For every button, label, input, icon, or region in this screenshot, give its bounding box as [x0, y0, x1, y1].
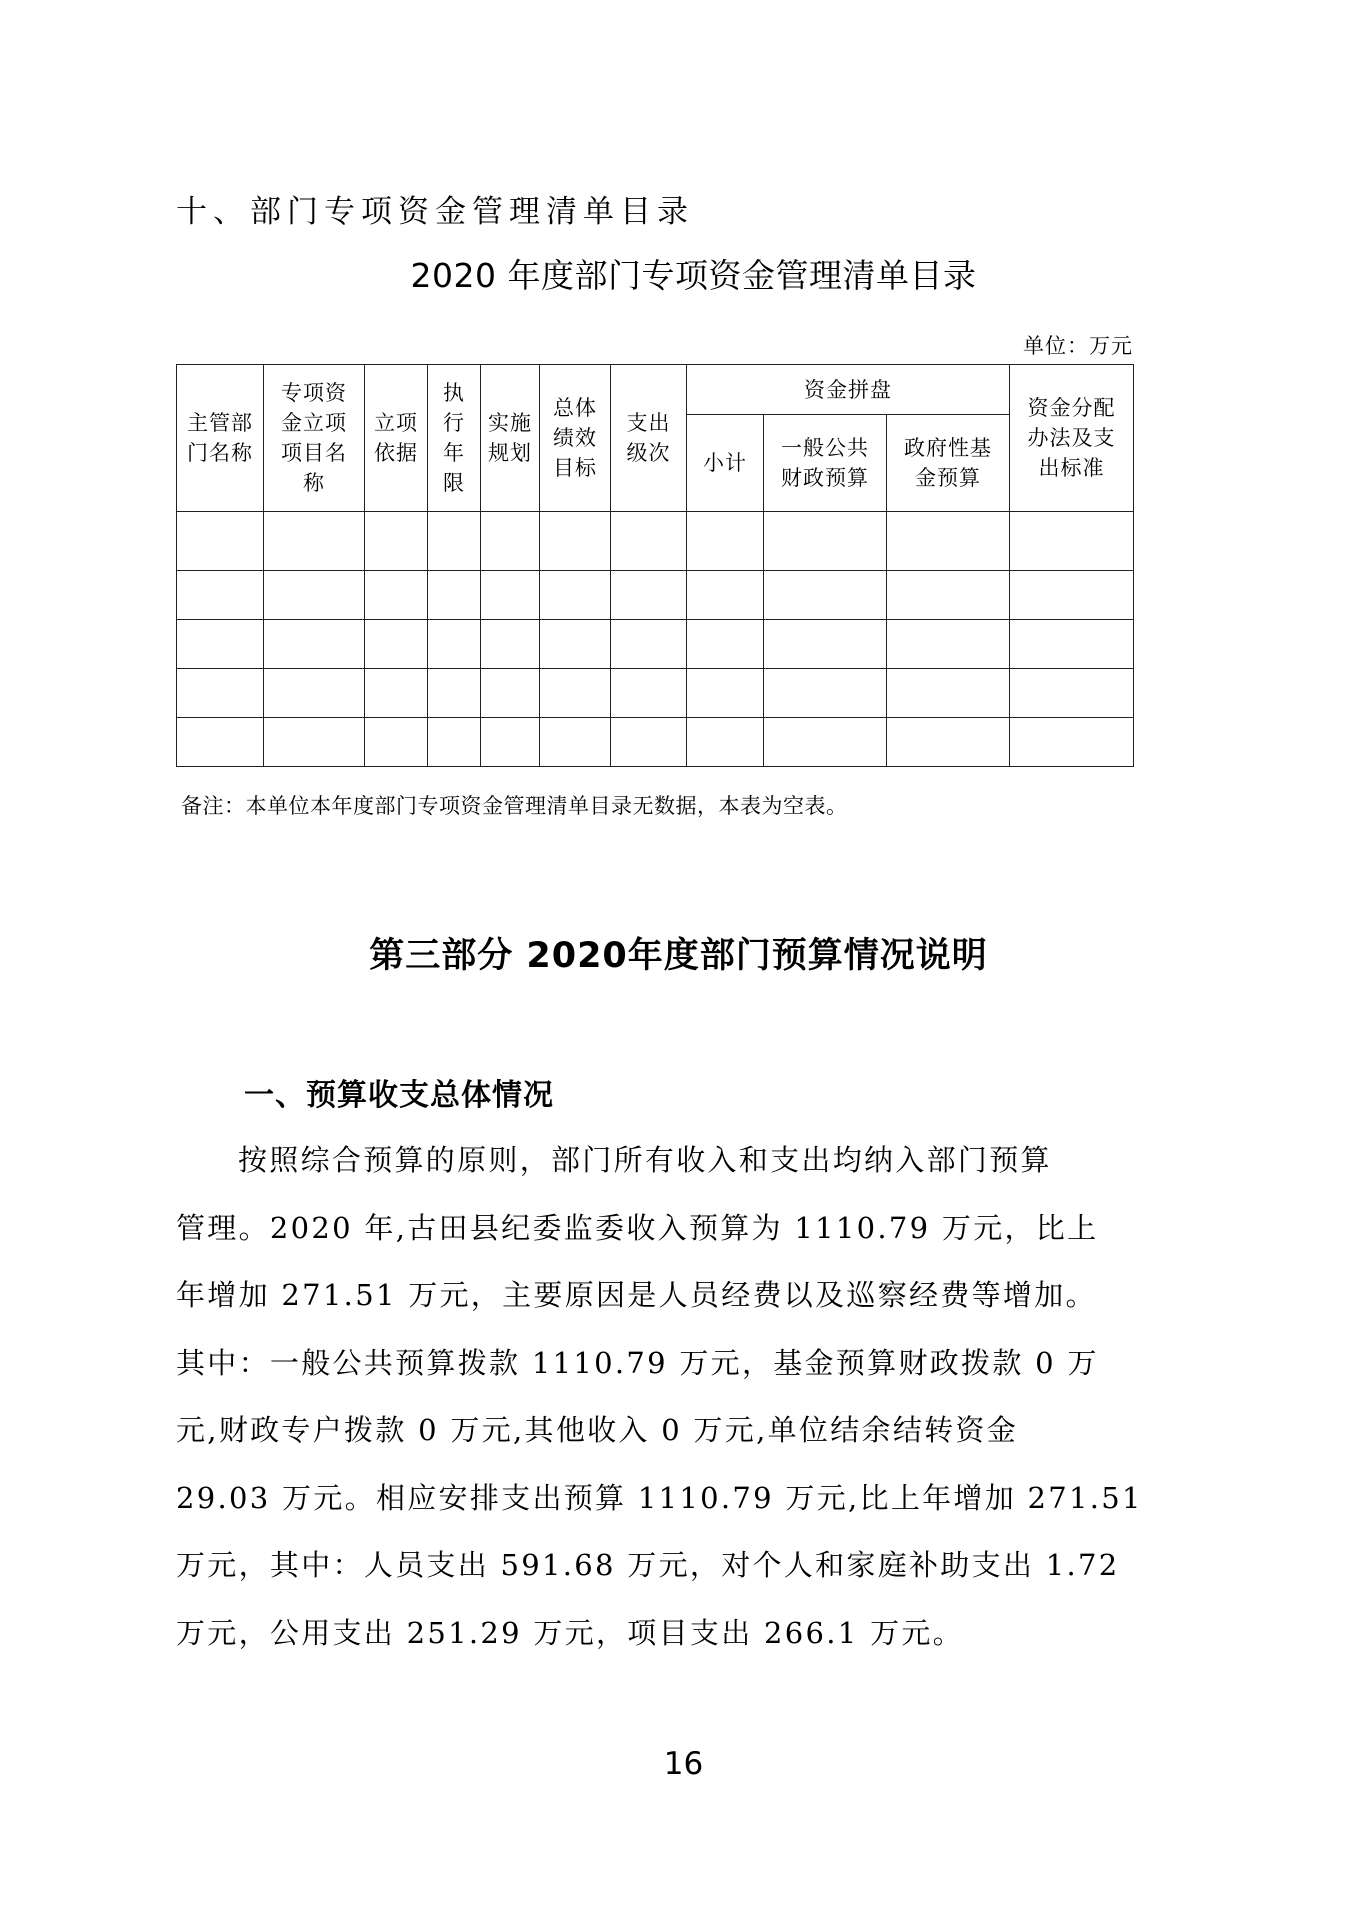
table-row	[177, 571, 1134, 620]
table-cell	[481, 512, 540, 571]
table-cell	[764, 571, 887, 620]
table-cell	[687, 718, 764, 767]
table-cell	[611, 620, 687, 669]
table-cell	[611, 718, 687, 767]
table-note: 备注：本单位本年度部门专项资金管理清单目录无数据，本表为空表。	[181, 790, 848, 820]
table-cell	[540, 571, 611, 620]
special-funds-table: 主管部 门名称 专项资 金立项 项目名 称 立项 依据 执 行 年 限 实施 规…	[176, 364, 1134, 767]
table-cell	[611, 571, 687, 620]
table-cell	[264, 571, 365, 620]
header-subtotal: 小计	[687, 415, 764, 512]
section-heading: 十、部门专项资金管理清单目录	[176, 186, 694, 231]
unit-label: 单位：万元	[1023, 330, 1133, 360]
table-cell	[365, 669, 428, 718]
paragraph-line: 管理。2020 年,古田县纪委监委收入预算为 1110.79 万元，比上	[176, 1195, 1206, 1263]
table-cell	[687, 620, 764, 669]
table-cell	[611, 512, 687, 571]
table-cell	[1010, 718, 1134, 767]
table-cell	[887, 620, 1010, 669]
header-project-name: 专项资 金立项 项目名 称	[264, 365, 365, 512]
table-cell	[428, 620, 481, 669]
paragraph-line: 按照综合预算的原则，部门所有收入和支出均纳入部门预算	[176, 1127, 1206, 1195]
paragraph-line: 万元，公用支出 251.29 万元，项目支出 266.1 万元。	[176, 1600, 1206, 1668]
table-cell	[1010, 669, 1134, 718]
table-cell	[481, 571, 540, 620]
header-expenditure-level: 支出 级次	[611, 365, 687, 512]
table-cell	[887, 718, 1010, 767]
table-cell	[428, 669, 481, 718]
table-row	[177, 512, 1134, 571]
paragraph-line: 万元，其中：人员支出 591.68 万元，对个人和家庭补助支出 1.72	[176, 1532, 1206, 1600]
body-paragraph: 按照综合预算的原则，部门所有收入和支出均纳入部门预算 管理。2020 年,古田县…	[176, 1127, 1206, 1667]
table-cell	[264, 718, 365, 767]
table-row	[177, 620, 1134, 669]
table-title: 2020 年度部门专项资金管理清单目录	[0, 250, 1357, 297]
table-cell	[428, 512, 481, 571]
header-government-fund-budget: 政府性基 金预算	[887, 415, 1010, 512]
table-cell	[1010, 571, 1134, 620]
table-row	[177, 669, 1134, 718]
paragraph-line: 年增加 271.51 万元，主要原因是人员经费以及巡察经费等增加。	[176, 1262, 1206, 1330]
table-cell	[365, 718, 428, 767]
table-cell	[428, 571, 481, 620]
table-cell	[540, 620, 611, 669]
table-cell	[264, 620, 365, 669]
paragraph-line: 29.03 万元。相应安排支出预算 1110.79 万元,比上年增加 271.5…	[176, 1465, 1206, 1533]
page-number: 16	[0, 1746, 1357, 1782]
table-cell	[481, 718, 540, 767]
header-plan: 实施 规划	[481, 365, 540, 512]
table-cell	[764, 620, 887, 669]
table-cell	[611, 669, 687, 718]
header-basis: 立项 依据	[365, 365, 428, 512]
table-cell	[365, 620, 428, 669]
table-cell	[264, 669, 365, 718]
table-cell	[887, 571, 1010, 620]
table-cell	[764, 669, 887, 718]
table-cell	[687, 512, 764, 571]
table-cell	[177, 669, 264, 718]
table-cell	[764, 512, 887, 571]
table-cell	[687, 571, 764, 620]
table-cell	[177, 620, 264, 669]
table-cell	[177, 718, 264, 767]
table-row	[177, 718, 1134, 767]
subsection-heading: 一、预算收支总体情况	[244, 1070, 554, 1114]
header-allocation-method: 资金分配 办法及支 出标准	[1010, 365, 1134, 512]
header-fund-pool: 资金拼盘	[687, 365, 1010, 415]
table-cell	[887, 669, 1010, 718]
table-cell	[1010, 512, 1134, 571]
table-cell	[540, 669, 611, 718]
table-cell	[264, 512, 365, 571]
table-cell	[1010, 620, 1134, 669]
header-dept-name: 主管部 门名称	[177, 365, 264, 512]
table-cell	[428, 718, 481, 767]
table-cell	[481, 620, 540, 669]
table-cell	[764, 718, 887, 767]
table-cell	[365, 571, 428, 620]
header-general-public-budget: 一般公共 财政预算	[764, 415, 887, 512]
table-cell	[481, 669, 540, 718]
paragraph-line: 元,财政专户拨款 0 万元,其他收入 0 万元,单位结余结转资金	[176, 1397, 1206, 1465]
document-page: 十、部门专项资金管理清单目录 2020 年度部门专项资金管理清单目录 单位：万元…	[0, 0, 1357, 1920]
table-cell	[540, 718, 611, 767]
header-performance-goal: 总体 绩效 目标	[540, 365, 611, 512]
table-cell	[177, 571, 264, 620]
table-cell	[540, 512, 611, 571]
header-duration: 执 行 年 限	[428, 365, 481, 512]
table-cell	[687, 669, 764, 718]
table-cell	[177, 512, 264, 571]
paragraph-line: 其中：一般公共预算拨款 1110.79 万元，基金预算财政拨款 0 万	[176, 1330, 1206, 1398]
part-title: 第三部分 2020年度部门预算情况说明	[0, 928, 1357, 978]
table-cell	[365, 512, 428, 571]
table-cell	[887, 512, 1010, 571]
